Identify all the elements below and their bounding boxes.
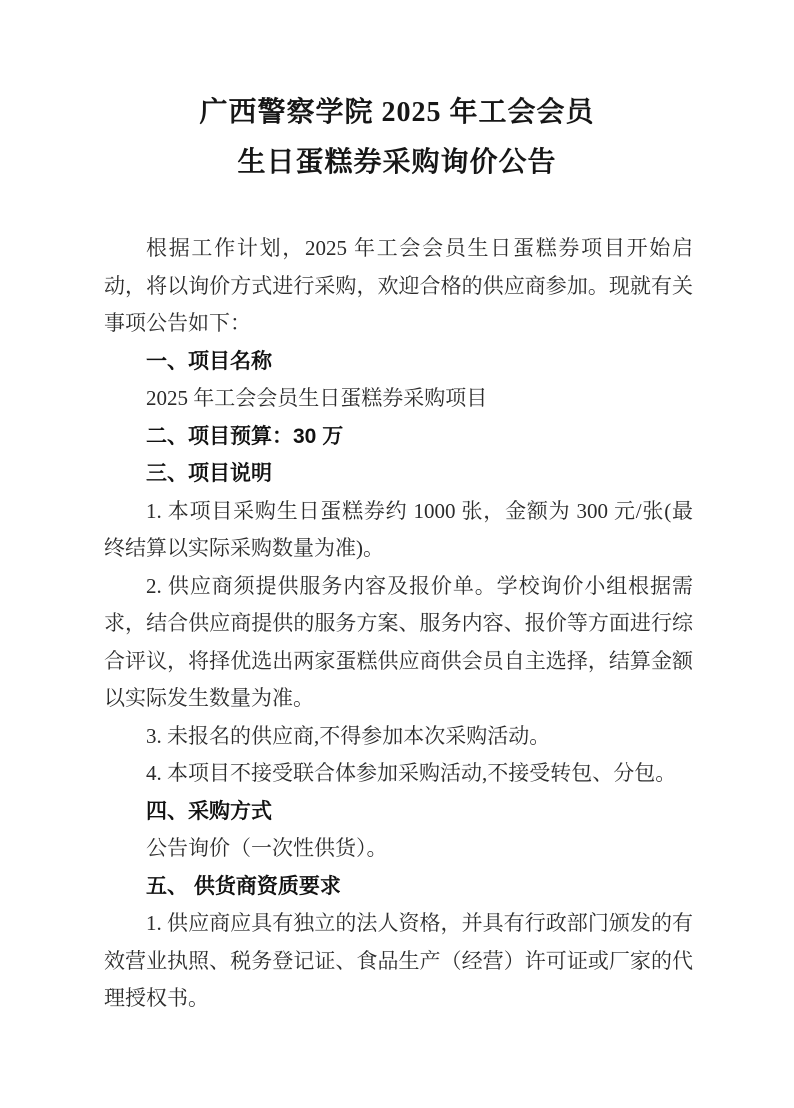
document-body: 根据工作计划，2025 年工会会员生日蛋糕券项目开始启动，将以询价方式进行采购，… — [104, 230, 693, 1018]
section-3-item-3: 3. 未报名的供应商,不得参加本次采购活动。 — [104, 718, 693, 756]
section-4-heading: 四、采购方式 — [104, 793, 693, 831]
intro-paragraph: 根据工作计划，2025 年工会会员生日蛋糕券项目开始启动，将以询价方式进行采购，… — [104, 230, 693, 343]
section-3-heading: 三、项目说明 — [104, 455, 693, 493]
title-line-2: 生日蛋糕券采购询价公告 — [0, 138, 794, 188]
section-1-heading: 一、项目名称 — [104, 343, 693, 381]
section-2-heading: 二、项目预算：30 万 — [104, 418, 693, 456]
section-4-content: 公告询价（一次性供货）。 — [104, 830, 693, 868]
section-3-item-4: 4. 本项目不接受联合体参加采购活动,不接受转包、分包。 — [104, 755, 693, 793]
document-page: 广西警察学院 2025 年工会会员 生日蛋糕券采购询价公告 根据工作计划，202… — [0, 0, 794, 1108]
section-5-item-1: 1. 供应商应具有独立的法人资格，并具有行政部门颁发的有效营业执照、税务登记证、… — [104, 905, 693, 1018]
section-3-item-2: 2. 供应商须提供服务内容及报价单。学校询价小组根据需求，结合供应商提供的服务方… — [104, 568, 693, 718]
document-title: 广西警察学院 2025 年工会会员 生日蛋糕券采购询价公告 — [0, 88, 794, 188]
title-line-1: 广西警察学院 2025 年工会会员 — [0, 88, 794, 138]
section-5-heading: 五、 供货商资质要求 — [104, 868, 693, 906]
section-3-item-1: 1. 本项目采购生日蛋糕券约 1000 张，金额为 300 元/张(最终结算以实… — [104, 493, 693, 568]
section-1-content: 2025 年工会会员生日蛋糕券采购项目 — [104, 380, 693, 418]
